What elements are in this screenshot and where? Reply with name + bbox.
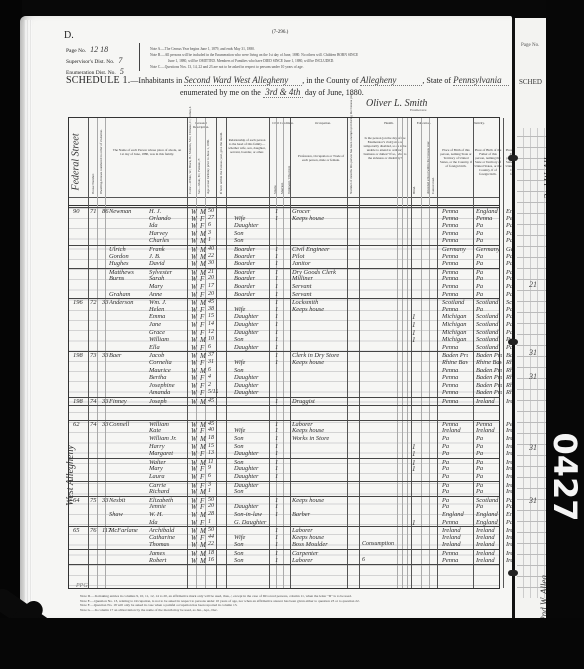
birthplace: Rhine Bavaria (442, 359, 468, 366)
date-label: day of June, 1880. (305, 88, 364, 97)
relationship: Wife (234, 534, 268, 541)
birthplace: Penna (442, 283, 468, 290)
civil-condition: 1 (275, 336, 295, 343)
age: 18 (208, 435, 218, 441)
father-birthplace: Pa (476, 222, 502, 229)
birthplace: Michigan (442, 313, 468, 320)
table-row: MaryWF17Boarder1ServantPennaPaPa (69, 283, 499, 291)
father-birthplace: Pa (476, 435, 502, 442)
header-cannot-read: Cannot read. (431, 177, 435, 194)
table-row: RichardWM1SonPaPaIreland (69, 488, 499, 496)
age: 1 (208, 488, 218, 494)
civil-condition: 1 (275, 329, 295, 336)
age: 11 (208, 459, 218, 465)
age: 20 (208, 503, 218, 509)
father-birthplace: Ireland (476, 541, 502, 548)
table-row: WilliamWM10Son11MichiganScotlandPa (69, 336, 499, 344)
birthplace: Pa (442, 503, 468, 510)
age: 10 (208, 336, 218, 342)
binder-ring (508, 155, 518, 161)
given-name: Bertha (149, 374, 189, 381)
birthplace: Penna (442, 519, 468, 526)
relationship: Boarder (234, 283, 268, 290)
header-father-birthplace: Place of Birth of the Father of this per… (474, 148, 502, 176)
given-name: Ida (149, 222, 189, 229)
age: 27 (208, 215, 218, 221)
birthplace: Penna (442, 374, 468, 381)
header-dwelling: Dwelling-houses numbered in order of vis… (99, 129, 103, 194)
age: 22 (208, 541, 218, 547)
table-row: GordonJ. B.WM22Boarder1PilotPennaPaPa (69, 253, 499, 261)
age: 4 (208, 374, 218, 380)
relationship: Son (234, 557, 268, 564)
civil-condition: 1 (275, 473, 295, 480)
occupation: Boss Moulder (292, 541, 350, 548)
father-birthplace: Ireland (476, 557, 502, 564)
birthplace: Penna (442, 389, 468, 396)
table-row: JennieWF20Daughter1PaPaPa (69, 503, 499, 511)
given-name: Helen (149, 306, 189, 313)
father-birthplace: Baden Prussia (476, 389, 502, 396)
header-month-born: If born within the Census year, give the… (219, 132, 223, 194)
father-birthplace: Penna (476, 215, 502, 222)
relationship: Boarder (234, 260, 268, 267)
table-row: 1987433FinneyJosephWM451DruggistPennaIre… (69, 397, 499, 405)
table-row (69, 564, 499, 572)
table-row: AmandaWF5/12DaughterPennaBaden PrussiaRh… (69, 389, 499, 397)
birthplace: Penna (442, 222, 468, 229)
form-number: (7-296.) (272, 30, 288, 35)
age: 6 (208, 344, 218, 350)
day-handwritten: 3rd & 4th (263, 87, 303, 98)
age: 5/12 (208, 389, 218, 395)
father-birthplace: Pa (476, 237, 502, 244)
enumerated-label: enumerated by me on the (180, 88, 261, 97)
table-row: MargaretWF13Daughter11PaPaIreland (69, 450, 499, 458)
adjacent-schedule-label: SCHED (519, 78, 542, 86)
occupation: Keeps house (292, 359, 350, 366)
father-birthplace: Baden Prussia (476, 382, 502, 389)
age: 15 (208, 313, 218, 319)
age: 3 (208, 230, 218, 236)
header-name: The Name of each Person whose place of a… (111, 148, 183, 156)
occupation: Keeps house (292, 534, 350, 541)
birthplace: Ireland (442, 427, 468, 434)
margin-ward-note: West Allegheny (65, 445, 76, 506)
relationship: Wife (234, 427, 268, 434)
table-header: Federal Street The Name of each Person w… (69, 118, 499, 206)
given-name: Thomas (149, 541, 189, 548)
occupation: Barber (292, 511, 350, 518)
header-sex: Sex—Male, M.; Female, F. (197, 158, 201, 194)
age: 40 (208, 246, 218, 252)
relationship: Boarder (234, 253, 268, 260)
civil-condition: 1 (275, 503, 295, 510)
given-name: Sarah (149, 275, 189, 282)
header-blind: Blind. (412, 186, 416, 194)
occupation: Works in Store (292, 435, 350, 442)
age: 30 (208, 260, 218, 266)
birthplace: Penna (442, 291, 468, 298)
note-c: Note C.—Questions Nos. 13, 14, 22 and 23… (150, 64, 495, 70)
father-birthplace: Pa (476, 283, 502, 290)
birthplace: Penna (442, 382, 468, 389)
surname: Hughes (109, 260, 149, 267)
civil-condition: 1 (275, 443, 295, 450)
table-row: MatthewsSylvesterWM21Boarder1Dry Goods C… (69, 268, 499, 276)
age: 50 (208, 527, 218, 533)
civil-condition: 1 (275, 465, 295, 472)
relationship: Son (234, 541, 268, 548)
table-row: ShawW. H.WM28Son-in-law1BarberEnglandEng… (69, 511, 499, 519)
age: 20 (208, 275, 218, 281)
relationship: Wife (234, 215, 268, 222)
father-birthplace: Pa (476, 253, 502, 260)
age: 16 (208, 557, 218, 563)
relationship: Daughter (234, 389, 268, 396)
relationship: Daughter (234, 382, 268, 389)
age: 20 (208, 291, 218, 297)
given-name: Orlando (149, 215, 189, 222)
given-name: Kate (149, 427, 189, 434)
birthplace: Michigan (442, 329, 468, 336)
schedule-text: —Inhabitants in (130, 76, 182, 85)
father-birthplace: Ireland (476, 427, 502, 434)
page-no-value: 12 18 (90, 45, 108, 54)
civil-condition: 1 (275, 344, 295, 351)
birthplace: Penna (442, 557, 468, 564)
surname: Burns (109, 275, 149, 282)
birthplace: Pa (442, 450, 468, 457)
father-birthplace: Pa (476, 443, 502, 450)
table-row: CorneliaWF31Wife1Keeps houseRhine Bavari… (69, 359, 499, 367)
adjacent-margin-number: 31 (529, 348, 537, 357)
header-age: Age at last birthday prior to June 1, 18… (206, 139, 210, 194)
given-name: Harry (149, 443, 189, 450)
table-row: RobertWM16Son1Laborer6PennaIrelandIrelan… (69, 557, 499, 565)
father-birthplace: Scotland (476, 336, 502, 343)
age: 37 (208, 352, 218, 358)
given-name: Ida (149, 519, 189, 526)
relationship: Son (234, 367, 268, 374)
header-months-unemployed: Number of months this person has been un… (349, 93, 353, 194)
birthplace: Ireland (442, 534, 468, 541)
relationship: Daughter (234, 313, 268, 320)
age: 28 (208, 511, 218, 517)
age: 6 (208, 473, 218, 479)
table-row: CatharineWF44Wife1Keeps houseIrelandIrel… (69, 534, 499, 542)
father-birthplace: Rhine Bavaria (476, 359, 502, 366)
header-relationship: Relationship of each person to the head … (227, 138, 267, 154)
father-birthplace: Baden Prussia (476, 374, 502, 381)
page-no-row: Page No.12 18 (66, 45, 124, 56)
relationship: Wife (234, 306, 268, 313)
film-frame-stamp: 0427 (548, 420, 582, 494)
father-birthplace: Pa (476, 488, 502, 495)
birthplace: Michigan (442, 321, 468, 328)
table-row: HelenWF38Wife1Keeps housePennaPaPa (69, 306, 499, 314)
birthplace: Penna (442, 275, 468, 282)
table-row: 6576117McFarlaneArchibaldWM501LaborerIre… (69, 526, 499, 534)
occupation: Laborer (292, 557, 350, 564)
birthplace: Penna (442, 253, 468, 260)
given-name: Margaret (149, 450, 189, 457)
page-metadata: Page No.12 18 Supervisor's Dist. No.7 En… (66, 45, 124, 78)
table-row: 647533NesbitElizabethWF501Keeps housePaS… (69, 496, 499, 504)
table-row: 1987333BaerJacobWM371Clerk in Dry StoreB… (69, 351, 499, 359)
table-row: EmmaWF15Daughter11MichiganScotlandPa (69, 313, 499, 321)
birthplace: Penna (442, 367, 468, 374)
given-name: Jane (149, 321, 189, 328)
given-name: Mary (149, 465, 189, 472)
header-notes: Note A.—The Census Year begins June 1, 1… (150, 46, 495, 70)
civil-condition: 1 (275, 321, 295, 328)
father-birthplace: Pa (476, 473, 502, 480)
surname: Gordon (109, 253, 149, 260)
given-name: Grace (149, 329, 189, 336)
table-row: IdaWF6DaughterPennaPaPa (69, 222, 499, 230)
birthplace: Penna (442, 344, 468, 351)
schedule-line: SCHEDULE 1.—Inhabitants in Second Ward W… (66, 75, 509, 86)
county-handwritten: Allegheny (360, 75, 422, 86)
occupation: Keeps house (292, 427, 350, 434)
father-birthplace: Pa (476, 230, 502, 237)
table-row: 627433ConnellWilliamWM451LaborerPennaPen… (69, 420, 499, 428)
birthplace: England (442, 511, 468, 518)
table-row: CharlesWM1SonPennaPaPa (69, 237, 499, 245)
civil-condition: 1 (275, 450, 295, 457)
age: 1 (208, 237, 218, 243)
header-profession: Profession, Occupation or Trade of each … (295, 154, 347, 162)
given-name: William (149, 336, 189, 343)
given-name: Emma (149, 313, 189, 320)
occupation: Milliner (292, 275, 350, 282)
relationship: Daughter (234, 374, 268, 381)
header-color: Color—White, W.; Black, B.; Mulatto, Mu.… (188, 106, 192, 194)
age: 9 (208, 465, 218, 471)
age: 15 (208, 443, 218, 449)
relationship: Son (234, 336, 268, 343)
relationship: Daughter (234, 450, 268, 457)
health-note: 6 (362, 557, 408, 563)
age: 12 (208, 329, 218, 335)
page-no-label: Page No. (66, 48, 86, 54)
enumerator-label: Enumerator. (410, 108, 427, 112)
page-foot-mark: PPG (76, 583, 88, 589)
father-birthplace: Ireland (476, 534, 502, 541)
binder-ring (508, 570, 518, 576)
father-birthplace: Scotland (476, 344, 502, 351)
relationship: Son (234, 443, 268, 450)
county-label: , in the County of (302, 76, 358, 85)
occupation: Janitor (292, 260, 350, 267)
table-row: MaryWF9Daughter11PaPaIreland (69, 465, 499, 473)
age: 45 (208, 398, 218, 404)
relationship: Son (234, 237, 268, 244)
table-row: WalterWM11Son11PaPaIreland (69, 458, 499, 466)
age: 44 (208, 534, 218, 540)
relationship: G. Daughter (234, 519, 268, 526)
adjacent-margin-number: 31 (529, 443, 537, 452)
brace-divider (136, 43, 140, 71)
birthplace: Pa (442, 435, 468, 442)
state-label: , State of (422, 76, 451, 85)
given-name: Amanda (149, 389, 189, 396)
father-birthplace: Pa (476, 275, 502, 282)
given-name: Laura (149, 473, 189, 480)
enumerated-line: enumerated by me on the 3rd & 4th day of… (180, 87, 364, 98)
supervisor-label: Supervisor's Dist. No. (66, 59, 114, 65)
header-occupation: Occupation. (303, 121, 343, 125)
father-birthplace: Scotland (476, 321, 502, 328)
frame-number: 0427 (548, 412, 582, 542)
given-name: J. B. (149, 253, 189, 260)
relationship: Son (234, 230, 268, 237)
birthplace: Penna (442, 215, 468, 222)
father-birthplace: Pa (476, 260, 502, 267)
header-education: Education. (413, 121, 435, 125)
relationship: Son (234, 488, 268, 495)
table-row: EllaWF6Daughter1PennaScotlandPa (69, 344, 499, 352)
header-health: Health. (369, 121, 409, 125)
adjacent-margin-number: 31 (529, 496, 537, 505)
relationship: Daughter (234, 222, 268, 229)
relationship: Daughter (234, 344, 268, 351)
health-note: Consumption (362, 541, 408, 547)
given-name: William Jr. (149, 435, 189, 442)
father-birthplace: Pa (476, 450, 502, 457)
birthplace: Penna (442, 260, 468, 267)
table-row: LauraWF6Daughter1PaPaIreland (69, 473, 499, 481)
table-row (69, 579, 499, 587)
given-name: Anne (149, 291, 189, 298)
occupation: Pilot (292, 253, 350, 260)
schedule-title: SCHEDULE 1. (66, 75, 130, 86)
birthplace: Pa (442, 443, 468, 450)
supervisor-value: 7 (118, 56, 122, 65)
relationship: Son-in-law (234, 511, 268, 518)
age: 31 (208, 359, 218, 365)
age: 1 (208, 519, 218, 525)
occupation: Keeps house (292, 306, 350, 313)
birthplace: Penna (442, 306, 468, 313)
table-row: BurnsSarahWF20Boarder1MillinerPennaPaPa (69, 275, 499, 283)
birthplace: Penna (442, 237, 468, 244)
age: 45 (208, 299, 218, 305)
table-row (69, 572, 499, 580)
table-row: HarveyWM3SonPennaPaPa (69, 230, 499, 238)
father-birthplace: Pa (476, 291, 502, 298)
adjacent-margin-number: 31 (529, 372, 537, 381)
table-row: JaneWF14Daughter11MichiganScotlandPa (69, 321, 499, 329)
age: 45 (208, 421, 218, 427)
given-name: David (149, 260, 189, 267)
given-name: Charles (149, 237, 189, 244)
relationship: Wife (234, 359, 268, 366)
age: 38 (208, 306, 218, 312)
relationship: Daughter (234, 503, 268, 510)
corner-letter: D. (64, 30, 74, 41)
page-stack-edge (24, 20, 32, 610)
age: 3 (208, 482, 218, 488)
given-name: Cornelia (149, 359, 189, 366)
scan-background-left (0, 0, 22, 669)
table-row: IdaWF1G. Daughter1PennaEnglandPa (69, 519, 499, 527)
father-birthplace: Pa (476, 503, 502, 510)
column-number-row (69, 197, 499, 206)
note-g: Note G.—In column 17 an abbreviation by … (80, 608, 500, 613)
header-nativity: Nativity. (459, 121, 499, 125)
age: 21 (208, 269, 218, 275)
birthplace: Penna (442, 230, 468, 237)
relationship: Daughter (234, 329, 268, 336)
adjacent-margin-number: 21 (529, 280, 537, 289)
civil-condition: 1 (275, 313, 295, 320)
census-table: Federal Street The Name of each Person w… (68, 117, 500, 589)
scan-background-right (546, 0, 584, 669)
table-row: MauriceWM6SonPennaBaden PrussiaRhine Bav (69, 367, 499, 375)
given-name: Ella (149, 344, 189, 351)
table-row (69, 405, 499, 413)
surname: Graham (109, 291, 149, 298)
header-birthplace: Place of Birth of this person, naming St… (439, 148, 473, 168)
birthplace: Michigan (442, 336, 468, 343)
surname: Shaw (109, 511, 149, 518)
given-name: Catharine (149, 534, 189, 541)
birthplace: Pa (442, 473, 468, 480)
table-row: JamesWM18Son1CarpenterPennaIrelandIrelan… (69, 549, 499, 557)
given-name: Richard (149, 488, 189, 495)
table-row: GraceWF12Daughter11MichiganScotlandPa (69, 329, 499, 337)
table-row: HughesDavidWM30Boarder1JanitorPennaPaPa (69, 260, 499, 268)
birthplace: Ireland (442, 541, 468, 548)
father-birthplace: Scotland (476, 329, 502, 336)
given-name: Mary (149, 283, 189, 290)
occupation: Servant (292, 291, 350, 298)
father-birthplace: Pa (476, 306, 502, 313)
table-row: KateWF40Wife1Keeps houseIrelandIrelandIr… (69, 427, 499, 435)
age: 17 (208, 283, 218, 289)
age: 40 (208, 427, 218, 433)
table-row: BerthaWF4DaughterPennaBaden PrussiaRhine… (69, 374, 499, 382)
place-handwritten: Second Ward West Allegheny (184, 75, 302, 86)
state-handwritten: Pennsylvania (453, 75, 509, 86)
street-header: Federal Street (71, 125, 82, 191)
table-row: 907186NewmanH. J.WM501GrocerPennaEngland… (69, 207, 499, 215)
relationship: Daughter (234, 465, 268, 472)
given-name: Maurice (149, 367, 189, 374)
given-name: Josephine (149, 382, 189, 389)
binder-ring (508, 339, 518, 345)
age: 18 (208, 550, 218, 556)
adjacent-page: Page No. SCHED 2nd W. Alleg 21 31 31 31 … (512, 18, 546, 618)
supervisor-row: Supervisor's Dist. No.7 (66, 56, 124, 67)
relationship: Boarder (234, 291, 268, 298)
age: 14 (208, 321, 218, 327)
father-birthplace: Baden Prussia (476, 367, 502, 374)
age: 50 (208, 497, 218, 503)
table-row: OrlandoWF27Wife1Keeps housePennaPennaPen… (69, 215, 499, 223)
father-birthplace: England (476, 519, 502, 526)
age: 6 (208, 222, 218, 228)
age: 50 (208, 208, 218, 214)
father-birthplace: Scotland (476, 313, 502, 320)
given-name: Robert (149, 557, 189, 564)
relationship: Boarder (234, 275, 268, 282)
col-rule (503, 118, 504, 588)
birthplace: Pa (442, 465, 468, 472)
table-row: JosephineWF2DaughterPennaBaden PrussiaRh… (69, 382, 499, 390)
